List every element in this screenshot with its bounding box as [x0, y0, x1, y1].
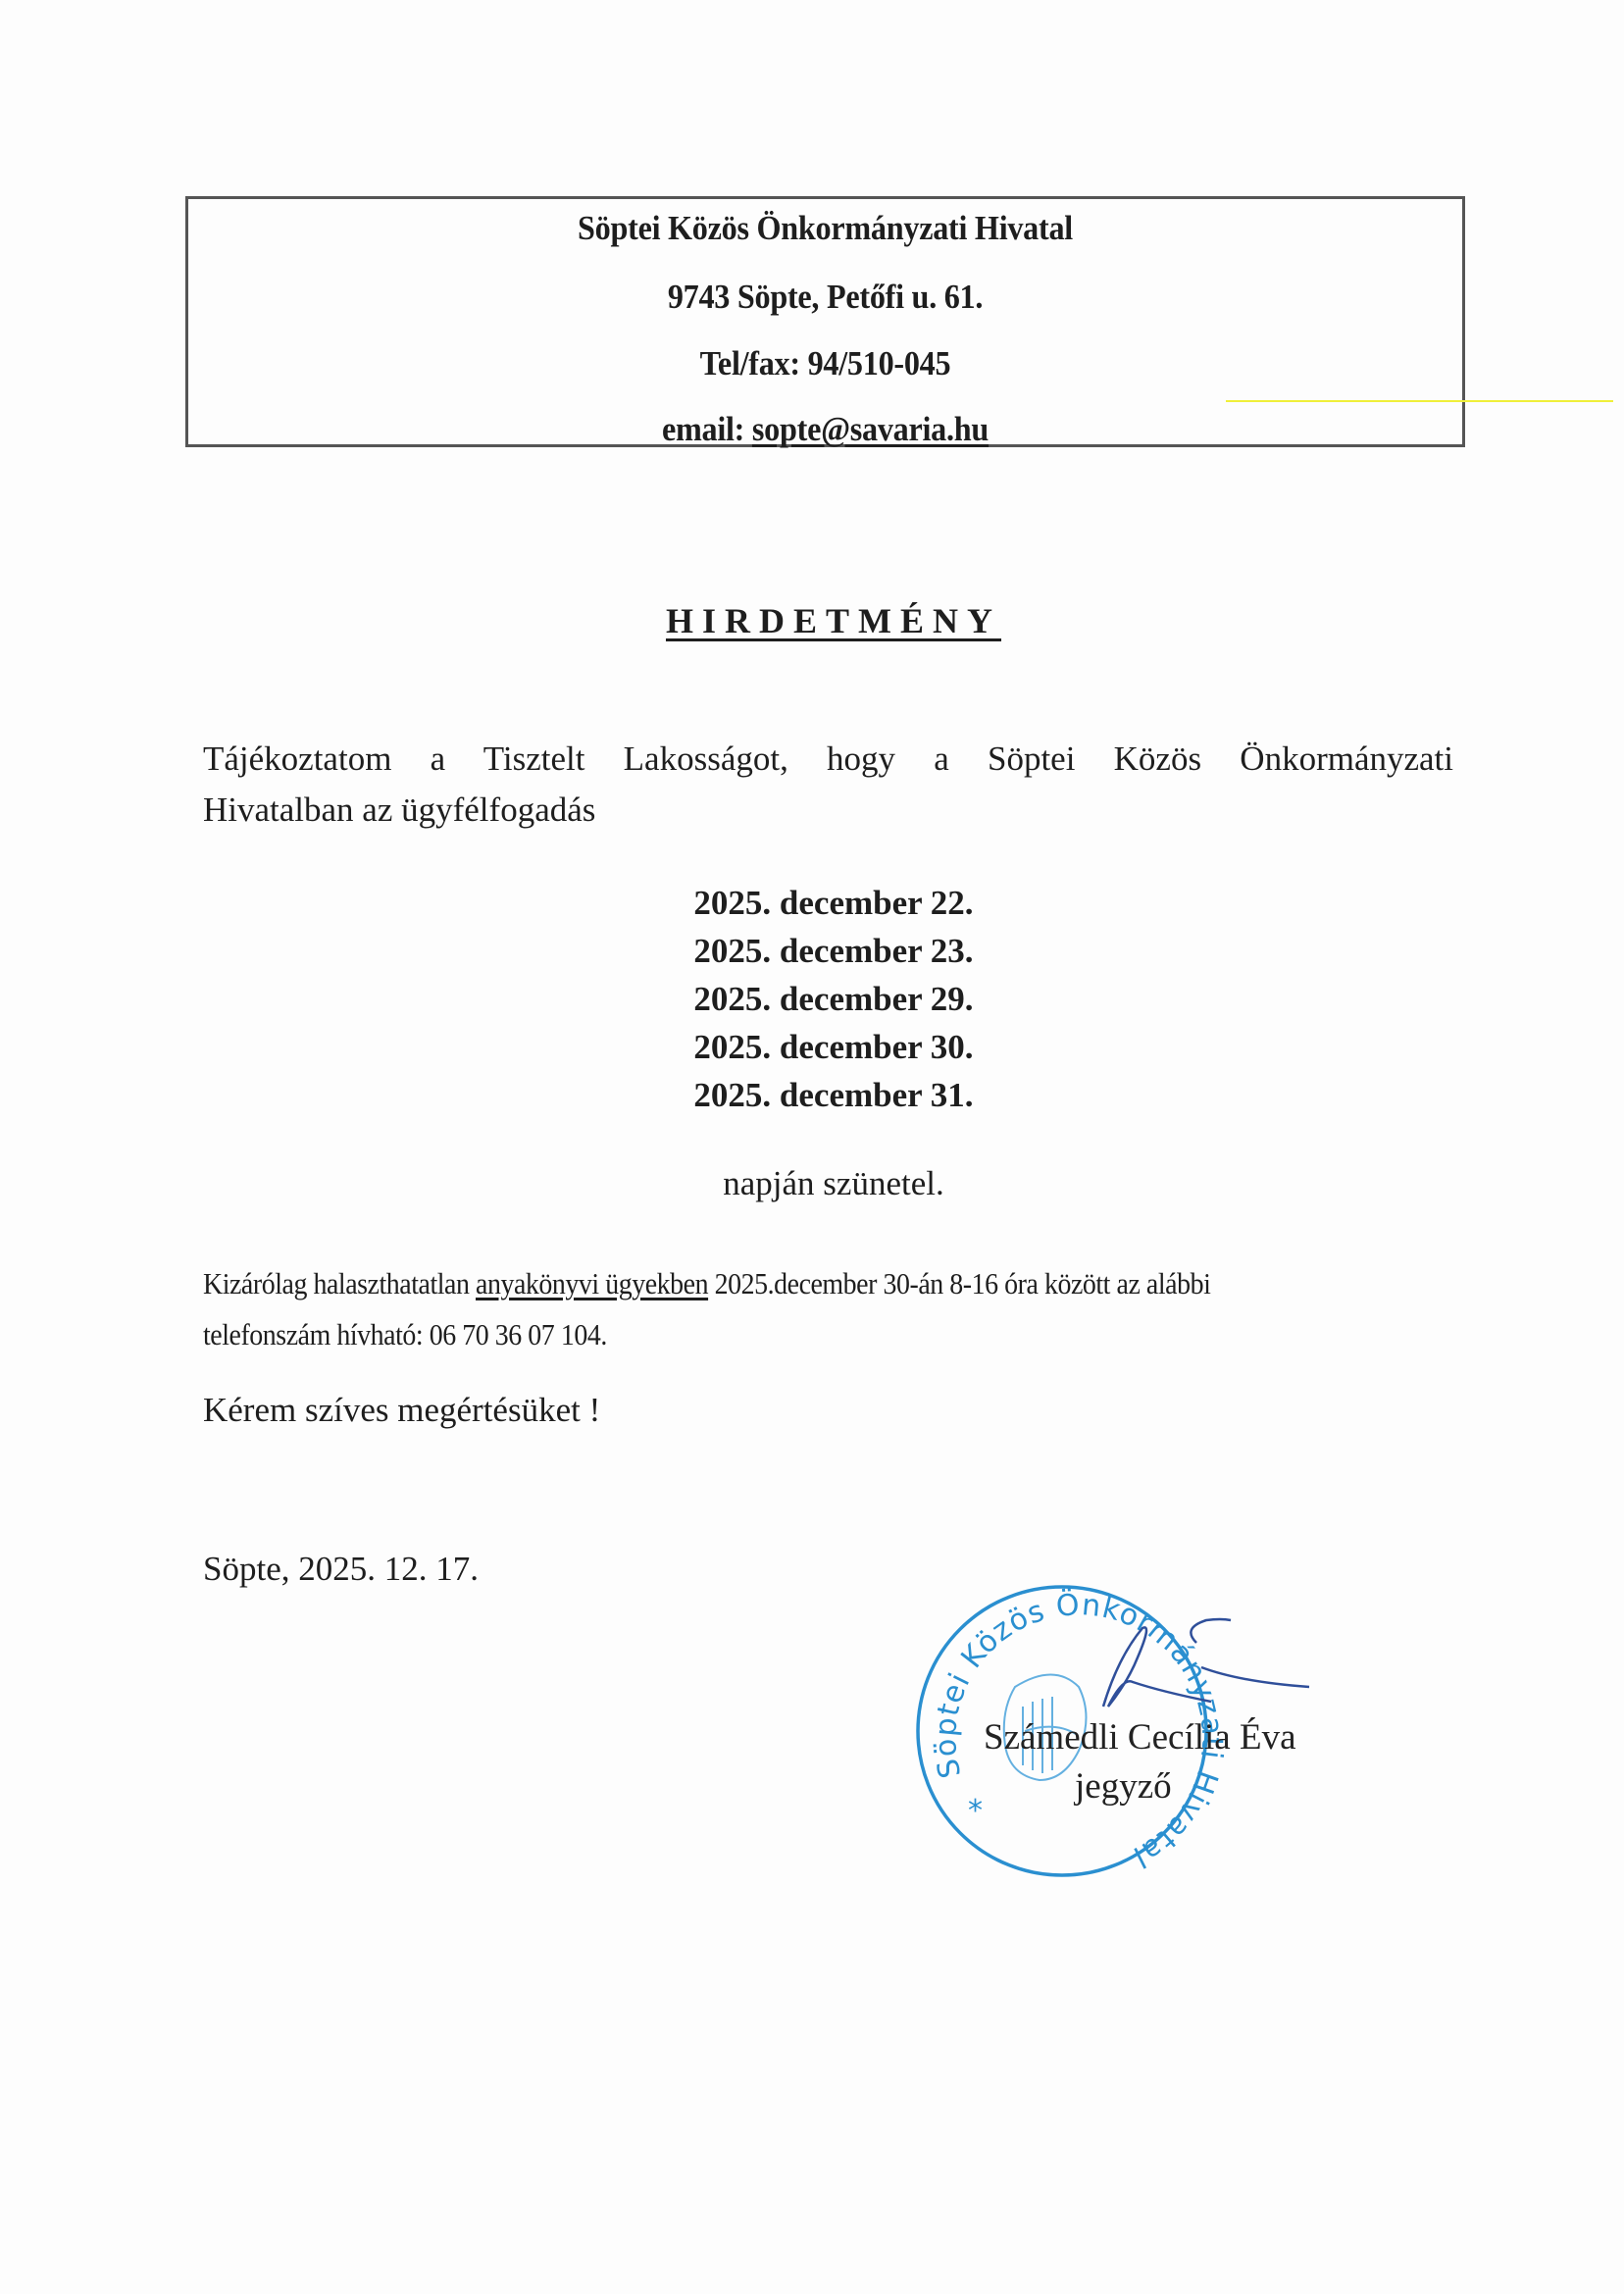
signatory-name: Számedli Cecília Éva [984, 1716, 1296, 1759]
email-label: email: [662, 410, 744, 448]
note-suffix: 2025.december 30-án 8-16 óra között az a… [708, 1266, 1210, 1300]
intro-line-1: Tájékoztatom a Tisztelt Lakosságot, hogy… [203, 734, 1453, 785]
telfax-label: Tel/fax: [700, 344, 800, 382]
note-line-1: Kizárólag halaszthatatlan anyakönyvi ügy… [203, 1258, 1350, 1309]
office-telfax: Tel/fax: 94/510-045 [239, 344, 1411, 383]
closure-dates-list: 2025. december 22. 2025. december 23. 20… [0, 879, 1624, 1119]
place-and-date: Söpte, 2025. 12. 17. [203, 1550, 479, 1589]
intro-line-2: Hivatalban az ügyfélfogadás [203, 785, 1453, 836]
stamp-star: * [968, 1794, 983, 1828]
highlighter-mark [1226, 400, 1613, 402]
office-email: email: sopte@savaria.hu [239, 410, 1411, 449]
date-item: 2025. december 31. [0, 1071, 1624, 1119]
request-text: Kérem szíves megértésüket ! [203, 1391, 600, 1430]
date-item: 2025. december 23. [0, 927, 1624, 975]
document-title: HIRDETMÉNY [0, 600, 1624, 641]
date-item: 2025. december 22. [0, 879, 1624, 927]
email-link[interactable]: sopte@savaria.hu [752, 410, 989, 448]
date-item: 2025. december 30. [0, 1023, 1624, 1071]
office-address: 9743 Söpte, Petőfi u. 61. [239, 278, 1411, 317]
emergency-note: Kizárólag halaszthatatlan anyakönyvi ügy… [203, 1258, 1350, 1360]
office-name: Söptei Közös Önkormányzati Hivatal [239, 209, 1411, 248]
signatory-title: jegyző [1075, 1765, 1172, 1808]
intro-paragraph: Tájékoztatom a Tisztelt Lakosságot, hogy… [203, 734, 1453, 836]
note-underlined: anyakönyvi ügyekben [476, 1266, 708, 1300]
date-item: 2025. december 29. [0, 975, 1624, 1023]
note-prefix: Kizárólag halaszthatatlan [203, 1266, 476, 1300]
telfax-number: 94/510-045 [808, 344, 951, 382]
closure-statement: napján szünetel. [0, 1164, 1624, 1203]
letterhead-box: Söptei Közös Önkormányzati Hivatal 9743 … [185, 196, 1465, 447]
note-line-2: telefonszám hívható: 06 70 36 07 104. [203, 1309, 1350, 1360]
